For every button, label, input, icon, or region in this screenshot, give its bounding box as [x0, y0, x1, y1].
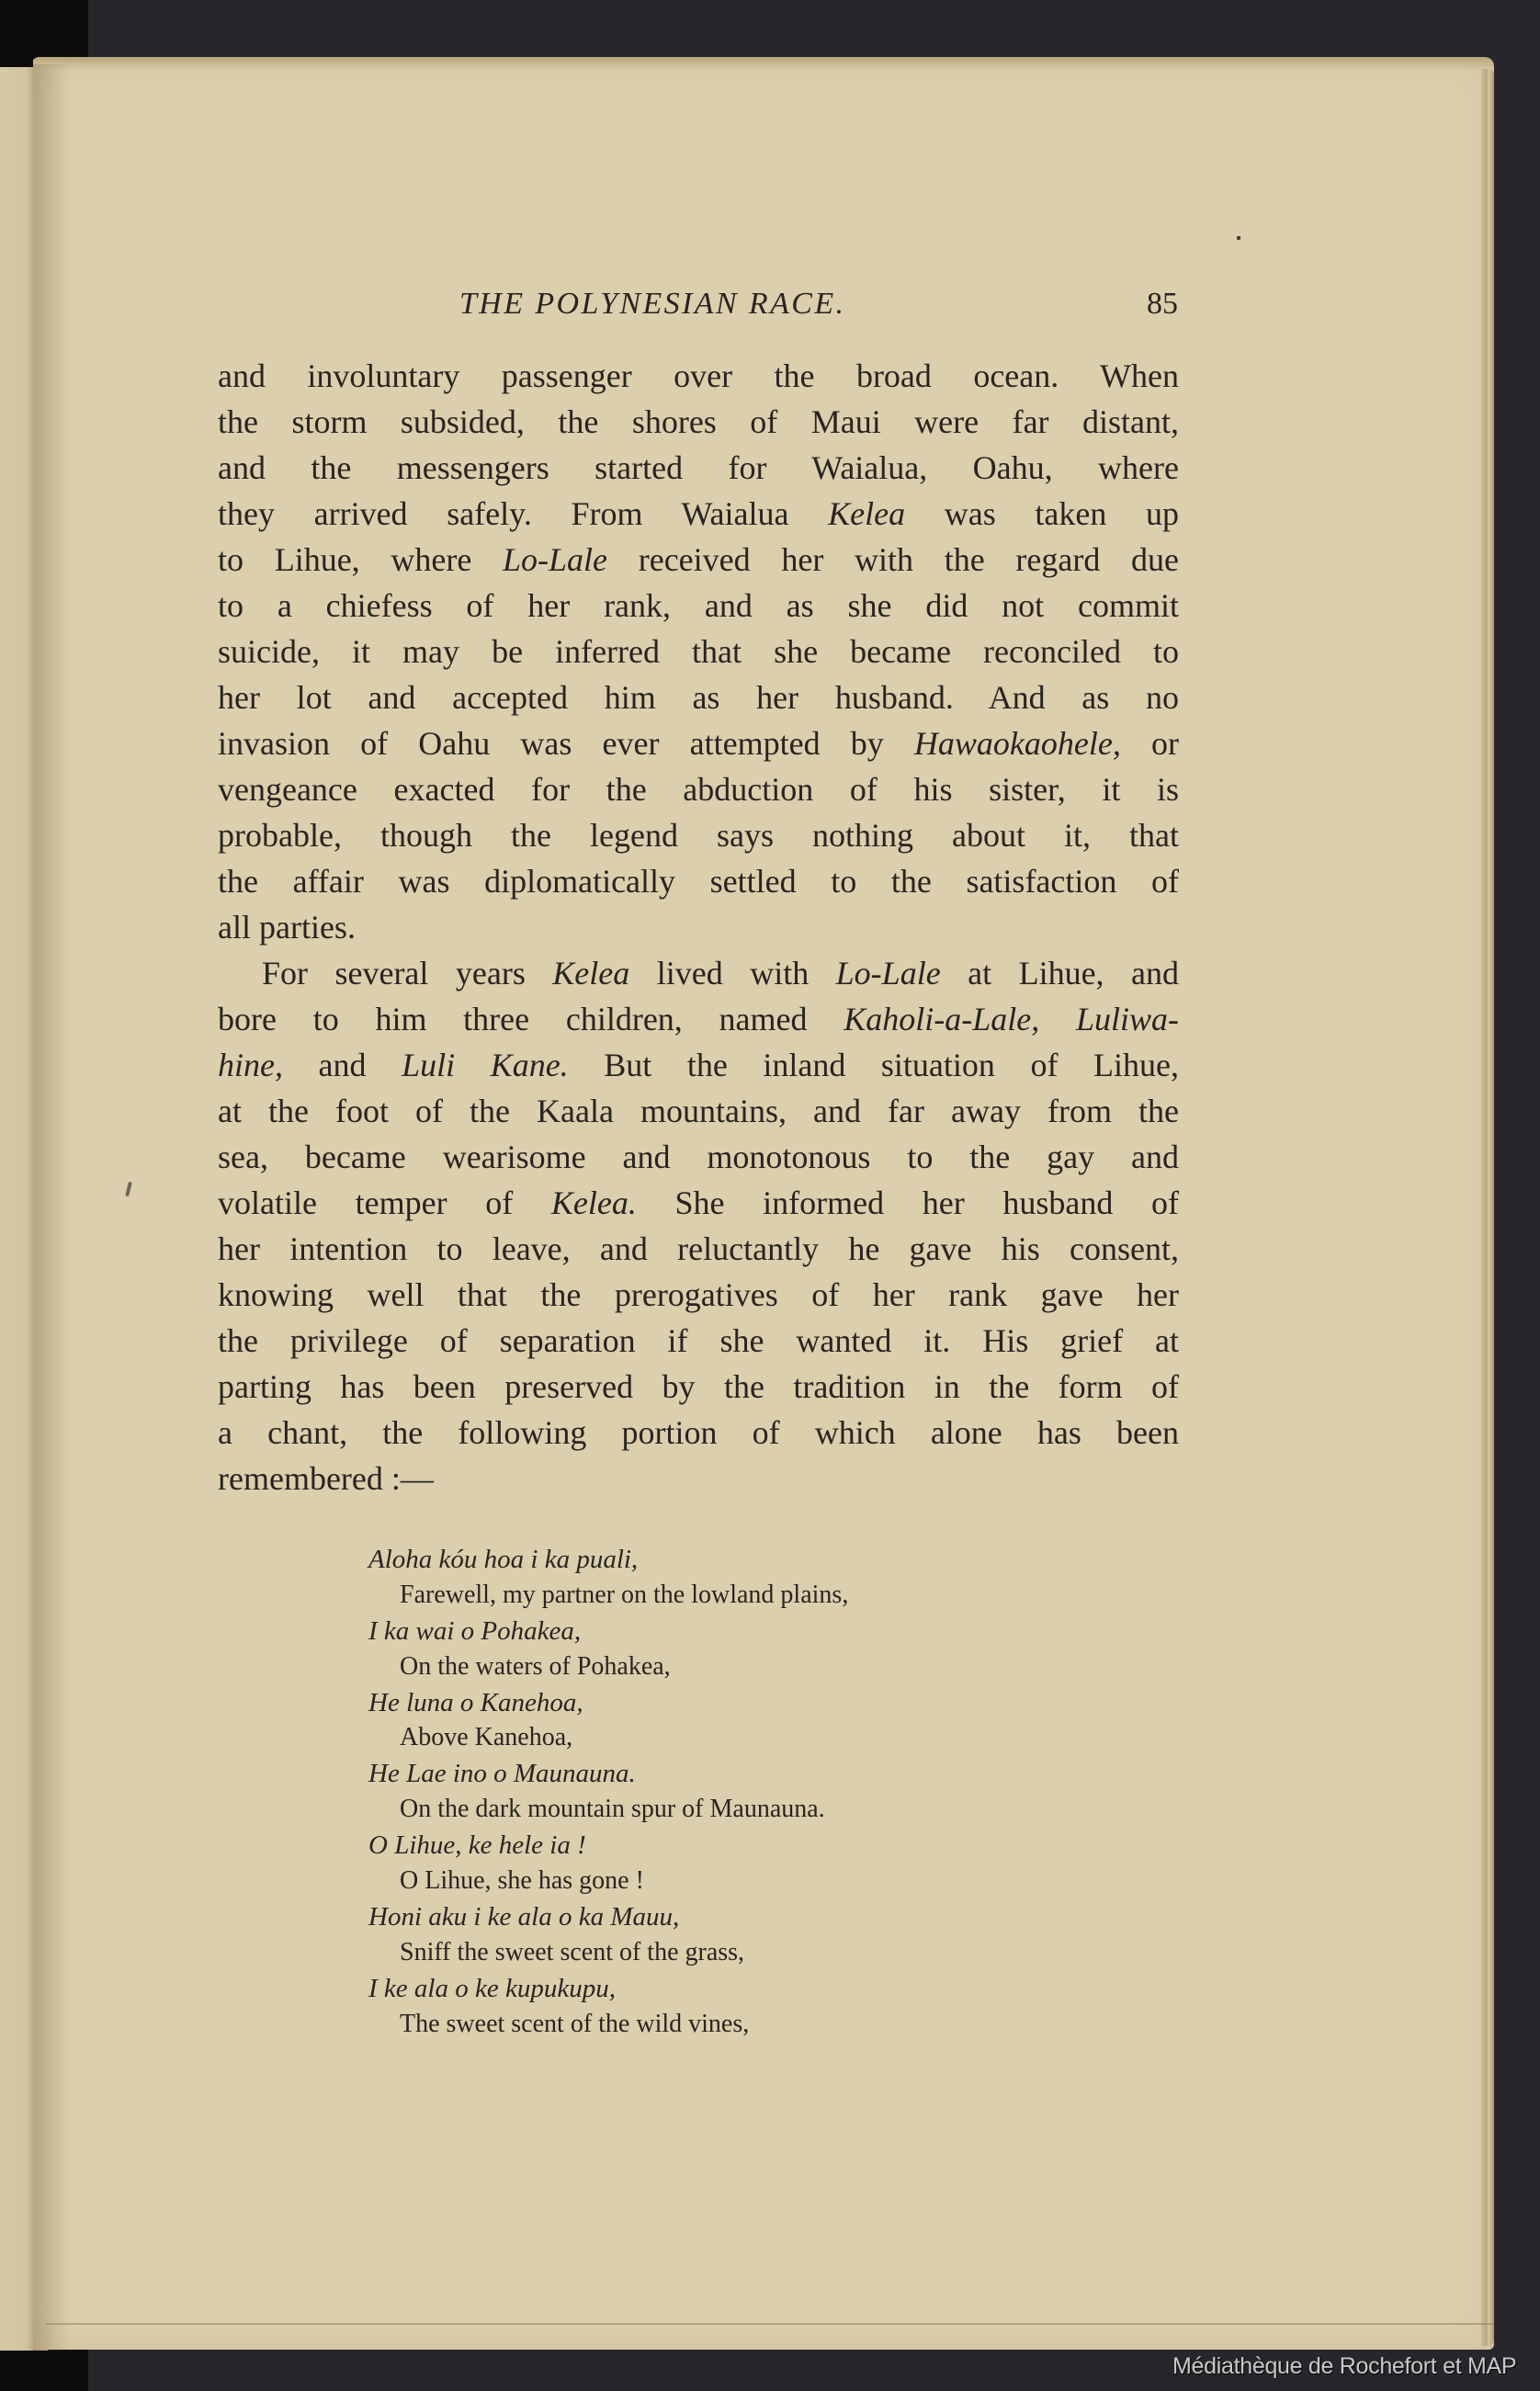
watermark-credit: Médiathèque de Rochefort et MAP	[1172, 2353, 1516, 2380]
italic-name: Kelea	[552, 955, 629, 992]
italic-name: hine,	[218, 1047, 283, 1083]
text-segment: the privilege of separation if she wante…	[218, 1322, 1179, 1359]
chant-line-translation: Above Kanehoa,	[368, 1720, 1012, 1756]
text-line: For several years Kelea lived with Lo-La…	[218, 950, 1179, 996]
text-segment: But the inland situation of Lihue,	[569, 1047, 1179, 1083]
text-segment: the storm subsided, the shores of Maui w…	[218, 403, 1179, 440]
text-segment: to a chiefess of her rank, and as she di…	[218, 587, 1179, 624]
text-segment: lived with	[629, 955, 835, 992]
text-segment: and involuntary passenger over the broad…	[218, 357, 1179, 394]
text-segment: her lot and accepted him as her husband.…	[218, 679, 1179, 716]
running-title: THE POLYNESIAN RACE.	[459, 287, 845, 322]
text-segment: received her with the regard due	[607, 541, 1179, 578]
text-line: to a chiefess of her rank, and as she di…	[218, 583, 1179, 629]
chant-line-translation: Farewell, my partner on the lowland plai…	[368, 1578, 1012, 1614]
text-line: they arrived safely. From Waialua Kelea …	[218, 491, 1179, 537]
text-segment: invasion of Oahu was ever attempted by	[218, 725, 914, 762]
text-segment: and	[283, 1047, 402, 1083]
text-line: volatile temper of Kelea. She informed h…	[218, 1180, 1179, 1226]
text-segment: at the foot of the Kaala mountains, and …	[218, 1093, 1179, 1129]
text-segment: and the messengers started for Waialua, …	[218, 449, 1179, 486]
text-line: and the messengers started for Waialua, …	[218, 445, 1179, 491]
text-segment: bore to him three children, named	[218, 1001, 844, 1037]
text-line: at the foot of the Kaala mountains, and …	[218, 1088, 1179, 1134]
text-segment: a chant, the following portion of which …	[218, 1414, 1179, 1451]
text-line: knowing well that the prerogatives of he…	[218, 1272, 1179, 1318]
text-segment: probable, though the legend says nothing…	[218, 817, 1179, 854]
gutter-shadow	[33, 64, 70, 2351]
text-line: parting has been preserved by the tradit…	[218, 1364, 1179, 1410]
chant-line-hawaiian: O Lihue, ke hele ia !	[368, 1828, 1012, 1864]
text-line: her lot and accepted him as her husband.…	[218, 674, 1179, 720]
page-bottom-edge	[46, 2323, 1494, 2334]
italic-name: Kelea	[828, 495, 905, 532]
running-head: THE POLYNESIAN RACE. 85	[459, 287, 1178, 327]
text-segment: they arrived safely. From Waialua	[218, 495, 828, 532]
italic-name: Kelea.	[551, 1184, 637, 1221]
chant-line-translation: O Lihue, she has gone !	[368, 1864, 1012, 1899]
text-line: hine, and Luli Kane. But the inland situ…	[218, 1042, 1179, 1088]
paper-speck	[1237, 236, 1240, 240]
text-segment: knowing well that the prerogatives of he…	[218, 1276, 1179, 1313]
text-line: the storm subsided, the shores of Maui w…	[218, 399, 1179, 445]
text-segment: parting has been preserved by the tradit…	[218, 1368, 1179, 1405]
page-edge-stack	[1481, 69, 1494, 2346]
text-segment: She informed her husband of	[637, 1184, 1179, 1221]
chant-line-hawaiian: Honi aku i ke ala o ka Mauu,	[368, 1899, 1012, 1935]
italic-name: Hawaokaohele,	[914, 725, 1121, 762]
body-text: and involuntary passenger over the broad…	[218, 353, 1179, 1501]
chant-line-hawaiian: I ke ala o ke kupukupu,	[368, 1971, 1012, 2007]
text-segment: suicide, it may be inferred that she bec…	[218, 633, 1179, 670]
chant-line-translation: The sweet scent of the wild vines,	[368, 2007, 1012, 2043]
chant-line-hawaiian: I ka wai o Pohakea,	[368, 1614, 1012, 1649]
text-segment: remembered :—	[218, 1460, 434, 1497]
text-segment: or	[1121, 725, 1179, 762]
text-segment: For several years	[262, 955, 552, 992]
chant-line-translation: On the waters of Pohakea,	[368, 1649, 1012, 1685]
chant-line-hawaiian: Aloha kóu hoa i ka puali,	[368, 1542, 1012, 1578]
text-line: remembered :—	[218, 1456, 1179, 1501]
chant-line-translation: On the dark mountain spur of Maunauna.	[368, 1792, 1012, 1828]
text-line: a chant, the following portion of which …	[218, 1410, 1179, 1456]
text-line: invasion of Oahu was ever attempted by H…	[218, 720, 1179, 766]
text-line: bore to him three children, named Kaholi…	[218, 996, 1179, 1042]
chant-line-hawaiian: He Lae ino o Maunauna.	[368, 1756, 1012, 1792]
italic-name: Kaholi-a-Lale, Luliwa-	[844, 1001, 1179, 1037]
chant-line-hawaiian: He luna o Kanehoa,	[368, 1685, 1012, 1721]
text-segment: at Lihue, and	[941, 955, 1179, 992]
text-line: her intention to leave, and reluctantly …	[218, 1226, 1179, 1272]
text-segment: sea, became wearisome and monotonous to …	[218, 1139, 1179, 1175]
italic-name: Lo-Lale	[836, 955, 941, 992]
chant-verse: Aloha kóu hoa i ka puali,Farewell, my pa…	[368, 1542, 1012, 2042]
text-line: all parties.	[218, 904, 1179, 950]
text-line: and involuntary passenger over the broad…	[218, 353, 1179, 399]
text-line: suicide, it may be inferred that she bec…	[218, 629, 1179, 674]
text-segment: was taken up	[905, 495, 1179, 532]
text-segment: all parties.	[218, 909, 356, 946]
page-number: 85	[1147, 287, 1178, 322]
text-segment: vengeance exacted for the abduction of h…	[218, 771, 1179, 808]
text-segment: volatile temper of	[218, 1184, 551, 1221]
text-line: to Lihue, where Lo-Lale received her wit…	[218, 537, 1179, 583]
text-line: probable, though the legend says nothing…	[218, 812, 1179, 858]
text-segment: the affair was diplomatically settled to…	[218, 863, 1179, 900]
text-line: vengeance exacted for the abduction of h…	[218, 766, 1179, 812]
text-line: the privilege of separation if she wante…	[218, 1318, 1179, 1364]
text-segment: her intention to leave, and reluctantly …	[218, 1230, 1179, 1267]
text-line: the affair was diplomatically settled to…	[218, 858, 1179, 904]
text-segment: to Lihue, where	[218, 541, 503, 578]
italic-name: Luli Kane.	[402, 1047, 569, 1083]
text-line: sea, became wearisome and monotonous to …	[218, 1134, 1179, 1180]
page-top-edge	[33, 57, 1494, 70]
italic-name: Lo-Lale	[503, 541, 607, 578]
chant-line-translation: Sniff the sweet scent of the grass,	[368, 1935, 1012, 1971]
